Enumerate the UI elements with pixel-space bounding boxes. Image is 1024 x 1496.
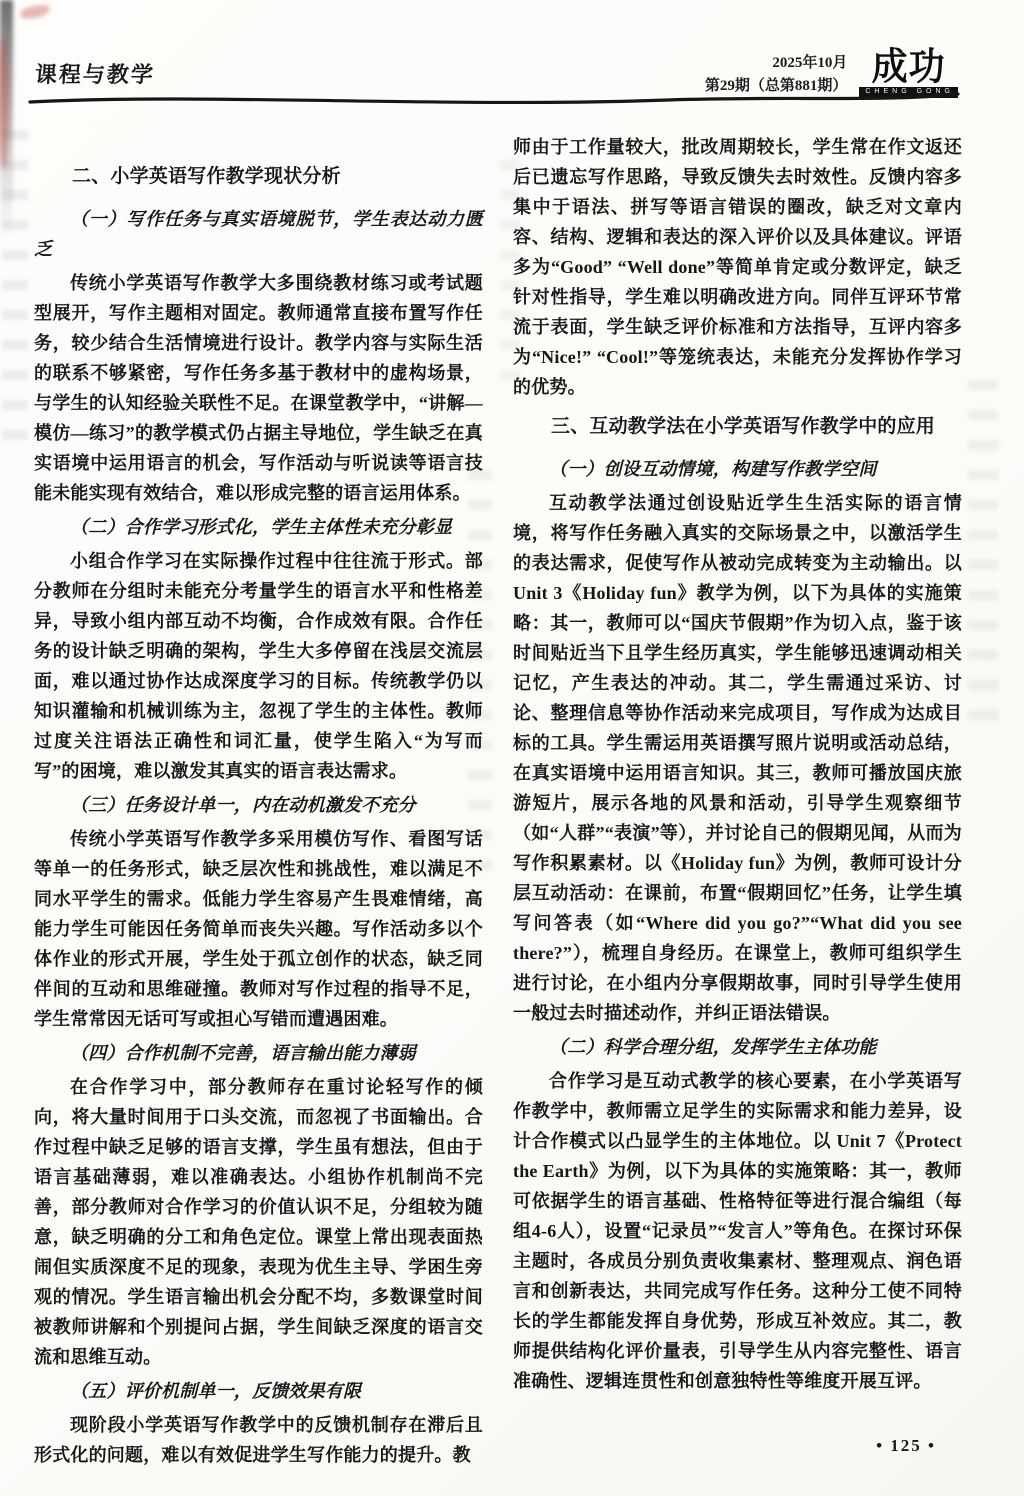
section-subheading: （二）科学合理分组，发挥学生主体功能	[513, 1032, 962, 1062]
body-paragraph: 传统小学英语写作教学多采用模仿写作、看图写话等单一的任务形式，缺乏层次性和挑战性…	[34, 824, 483, 1034]
page-number: • 125 •	[876, 1436, 936, 1456]
section-heading: 二、小学英语写作教学现状分析	[34, 162, 483, 192]
body-paragraph: 小组合作学习在实际操作过程中往往流于形式。部分教师在分组时未能充分考量学生的语言…	[34, 546, 483, 786]
logo-chenggong-characters: 成功	[872, 47, 946, 87]
right-column: 师由于工作量较大，批改周期较长，学生常在作文返还后已遗忘写作思路，导致反馈失去时…	[513, 132, 962, 1470]
left-column: 二、小学英语写作教学现状分析（一）写作任务与真实语境脱节，学生表达动力匮乏传统小…	[34, 132, 483, 1470]
section-subheading: （一）创设互动情境，构建写作教学空间	[513, 454, 962, 484]
body-paragraph: 传统小学英语写作教学大多围绕教材练习或考试题型展开，写作主题相对固定。教师通常直…	[34, 268, 483, 508]
body-paragraph: 现阶段小学英语写作教学中的反馈机制存在滞后且形式化的问题，难以有效促进学生写作能…	[34, 1410, 483, 1470]
issue-date: 2025年10月	[705, 52, 848, 75]
body-paragraph: 在合作学习中，部分教师存在重讨论轻写作的倾向，将大量时间用于口头交流，而忽视了书…	[34, 1072, 483, 1372]
section-subheading: （三）任务设计单一，内在动机激发不充分	[34, 790, 483, 820]
section-subheading: （二）合作学习形式化，学生主体性未充分彰显	[34, 512, 483, 542]
article-body: 二、小学英语写作教学现状分析（一）写作任务与真实语境脱节，学生表达动力匮乏传统小…	[0, 118, 1024, 1470]
journal-section-label: 课程与教学	[34, 58, 156, 89]
section-subheading: （五）评价机制单一，反馈效果有限	[34, 1376, 483, 1406]
body-paragraph: 合作学习是互动式教学的核心要素，在小学英语写作教学中，教师需立足学生的实际需求和…	[513, 1066, 962, 1396]
section-heading: 三、互动教学法在小学英语写作教学中的应用	[513, 412, 962, 442]
header-rule	[28, 88, 960, 118]
page-header: 课程与教学 2025年10月 第29期（总第881期） 成功 CHENG GON…	[0, 0, 1024, 118]
scanned-journal-page: 课程与教学 2025年10月 第29期（总第881期） 成功 CHENG GON…	[0, 0, 1024, 1496]
body-paragraph: 互动教学法通过创设贴近学生生活实际的语言情境，将写作任务融入真实的交际场景之中，…	[513, 488, 962, 1028]
section-subheading: （四）合作机制不完善，语言输出能力薄弱	[34, 1038, 483, 1068]
body-paragraph: 师由于工作量较大，批改周期较长，学生常在作文返还后已遗忘写作思路，导致反馈失去时…	[513, 132, 962, 402]
section-subheading: （一）写作任务与真实语境脱节，学生表达动力匮乏	[34, 204, 483, 264]
